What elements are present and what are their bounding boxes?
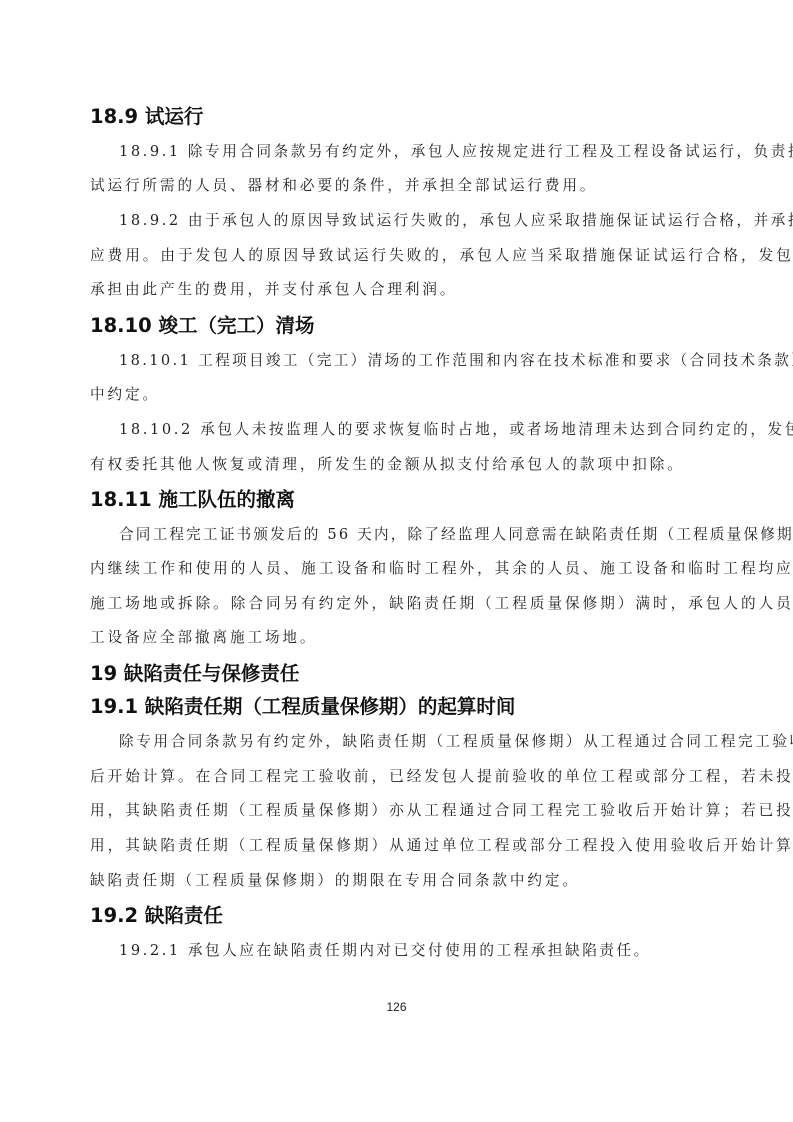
paragraph-line: 试运行所需的人员、器材和必要的条件，并承担全部试运行费用。 [90,176,706,196]
section-heading-18-10: 18.10 竣工（完工）清场 [90,313,314,339]
paragraph-line: 施工场地或拆除。除合同另有约定外，缺陷责任期（工程质量保修期）满时，承包人的人员… [90,594,706,614]
paragraph-line: 工设备应全部撤离施工场地。 [90,628,706,648]
chapter-heading-19: 19 缺陷责任与保修责任 [90,661,299,687]
paragraph-line: 除专用合同条款另有约定外，缺陷责任期（工程质量保修期）从工程通过合同工程完工验收 [119,732,706,752]
paragraph-line: 用，其缺陷责任期（工程质量保修期）从通过单位工程或部分工程投入使用验收后开始计算… [90,836,706,856]
section-heading-18-9: 18.9 试运行 [90,104,203,130]
paragraph-line: 有权委托其他人恢复或清理，所发生的金额从拟支付给承包人的款项中扣除。 [90,455,706,475]
paragraph-line: 合同工程完工证书颁发后的 56 天内，除了经监理人同意需在缺陷责任期（工程质量保… [119,525,706,545]
section-heading-19-2: 19.2 缺陷责任 [90,903,223,929]
paragraph-line: 18.10.2 承包人未按监理人的要求恢复临时占地，或者场地清理未达到合同约定的… [119,420,706,440]
paragraph-line: 缺陷责任期（工程质量保修期）的期限在专用合同条款中约定。 [90,871,706,891]
paragraph-line: 19.2.1 承包人应在缺陷责任期内对已交付使用的工程承担缺陷责任。 [119,941,706,961]
document-page: 18.9 试运行 18.9.1 除专用合同条款另有约定外，承包人应按规定进行工程… [0,0,793,1122]
paragraph-line: 18.9.2 由于承包人的原因导致试运行失败的，承包人应采取措施保证试运行合格，… [119,211,706,231]
paragraph-line: 中约定。 [90,385,706,405]
paragraph-line: 18.9.1 除专用合同条款另有约定外，承包人应按规定进行工程及工程设备试运行，… [119,142,706,162]
paragraph-line: 后开始计算。在合同工程完工验收前，已经发包人提前验收的单位工程或部分工程，若未投… [90,767,706,787]
paragraph-line: 承担由此产生的费用，并支付承包人合理利润。 [90,280,706,300]
paragraph-line: 用，其缺陷责任期（工程质量保修期）亦从工程通过合同工程完工验收后开始计算；若已投… [90,801,706,821]
paragraph-line: 18.10.1 工程项目竣工（完工）清场的工作范围和内容在技术标准和要求（合同技… [119,351,706,371]
section-heading-18-11: 18.11 施工队伍的撤离 [90,487,295,513]
section-heading-19-1: 19.1 缺陷责任期（工程质量保修期）的起算时间 [90,694,515,720]
paragraph-line: 应费用。由于发包人的原因导致试运行失败的，承包人应当采取措施保证试运行合格，发包… [90,246,706,266]
paragraph-line: 内继续工作和使用的人员、施工设备和临时工程外，其余的人员、施工设备和临时工程均应… [90,559,706,579]
page-number: 126 [0,1000,793,1014]
